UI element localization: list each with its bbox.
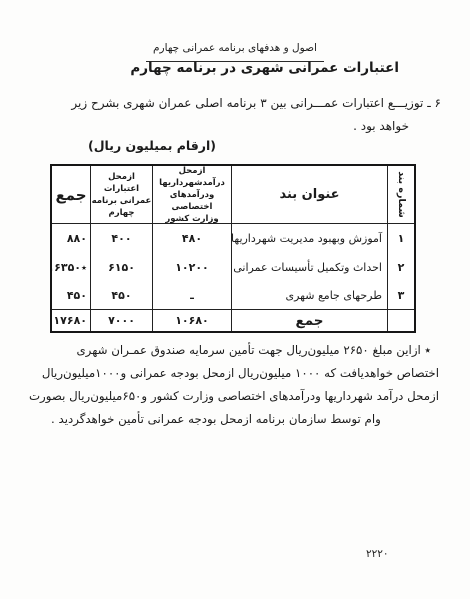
col-header-item-title: عنوان بند <box>231 166 387 224</box>
credits-table: شماره بند عنوان بند ازمحل درآمدشهرداریها… <box>50 164 416 333</box>
col-header-plan-line2: عمرانی برنامه <box>92 195 152 207</box>
col-header-municipal-line3: وزارت کشور <box>165 213 218 225</box>
table-row-number: ۲ <box>387 252 414 282</box>
total-row-municipal-value: ۱۰۶۸۰ <box>152 309 231 331</box>
table-row-municipal-value: ۱۰۲۰۰ <box>152 252 231 282</box>
table-row-number: ۱ <box>387 224 414 252</box>
running-header: اصول و هدفهای برنامه عمرانی چهارم <box>0 36 470 62</box>
col-header-plan-line1: ازمحل اعتبارات <box>91 171 152 195</box>
table-row-title: احداث وتکمیل تأسیسات عمرانی شهرها <box>231 252 387 282</box>
total-row-plan-value: ۷۰۰۰ <box>90 309 152 331</box>
table-row-title: آموزش وبهبود مدیریت شهرداریها <box>231 224 387 252</box>
table-row-plan-value: ۴۵۰ <box>90 282 152 309</box>
units-note: (ارقام بمیلیون ریال) <box>88 138 216 153</box>
footnote-line-3: ازمحل درآمد شهرداریها ودرآمدهای اختصاصی … <box>29 389 439 403</box>
intro-paragraph-line2: خواهد بود . <box>353 119 409 133</box>
total-row-label: جمع <box>231 309 387 331</box>
col-header-plan-line3: چهارم <box>108 207 134 219</box>
table-row-plan-value: ۶۱۵۰ <box>90 252 152 282</box>
table-row-total-value: ۴۵۰ <box>52 282 90 309</box>
intro-paragraph-line1: ۶ ـ توزیـــع اعتبارات عمـــرانی بین ۳ بر… <box>71 96 441 110</box>
page-number: ۲۲۲۰ <box>366 548 389 560</box>
table-row-municipal-value: ـ <box>152 282 231 309</box>
footnote-line-1: ٭ ازاین مبلغ ۲۶۵۰ میلیون‌ریال جهت تأمین … <box>76 343 431 357</box>
table-row-total-value: ۸۸۰ <box>52 224 90 252</box>
table-row-number: ۳ <box>387 282 414 309</box>
col-header-plan-credits: ازمحل اعتبارات عمرانی برنامه چهارم <box>90 166 152 224</box>
section-title: اعتبارات عمرانی شهری در برنامه چهارم <box>130 60 399 76</box>
table-row-total-value: ٭۱۶۳۵۰ <box>52 252 90 282</box>
col-header-municipal-line1: ازمحل درآمدشهرداریها <box>153 166 231 189</box>
col-header-municipal-revenues: ازمحل درآمدشهرداریها ودرآمدهای اختصاصی و… <box>152 166 231 224</box>
table-row-municipal-value: ۴۸۰ <box>152 224 231 252</box>
table-row-plan-value: ۴۰۰ <box>90 224 152 252</box>
footnote-line-4: وام توسط سازمان برنامه ازمحل بودجه عمران… <box>51 412 381 426</box>
total-row-total-value: ۱۷۶۸۰ <box>52 309 90 331</box>
running-header-text: اصول و هدفهای برنامه عمرانی چهارم <box>146 42 324 62</box>
footnote-line-2: اختصاص خواهدیافت که ۱۰۰۰ میلیون‌ریال ازم… <box>42 366 439 380</box>
col-header-row-number: شماره بند <box>387 166 414 224</box>
col-header-municipal-line2: ودرآمدهای اختصاصی <box>153 189 231 213</box>
col-header-total: جمع <box>52 166 90 224</box>
total-row-empty-cell <box>387 309 414 331</box>
table-row-title: طرحهای جامع شهری <box>231 282 387 309</box>
col-header-row-number-label: شماره بند <box>395 171 406 218</box>
